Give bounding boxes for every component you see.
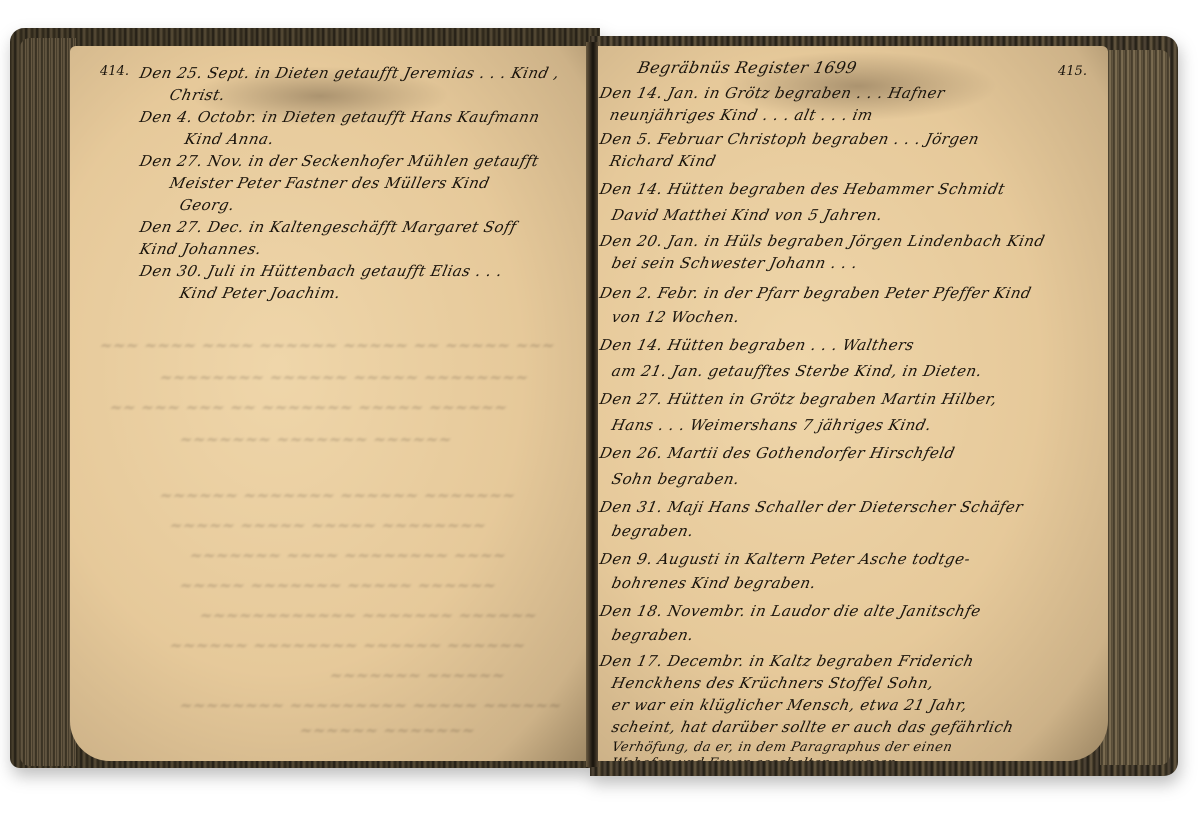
register-entry-line: bei sein Schwester Johann . . . — [610, 254, 859, 272]
register-entry-line: Den 5. Februar Christoph begraben . . . … — [598, 130, 981, 148]
manuscript-line: Kind Anna. — [183, 130, 276, 148]
register-entry-line: Den 26. Martii des Gothendorfer Hirschfe… — [598, 444, 957, 462]
register-entry-line: Wehofen und Feuer geschalten gewesen. — [610, 756, 902, 761]
left-page: 414. Den 25. Sept. in Dieten getaufft Je… — [70, 46, 592, 761]
register-entry-line: Hans . . . Weimershans 7 jähriges Kind. — [610, 416, 933, 434]
page-number-left: 414. — [100, 64, 129, 79]
register-entry-line: er war ein klüglicher Mensch, etwa 21 Ja… — [610, 696, 969, 714]
faded-line: ~~~~~~~ ~~~~~~~ ~~~~~~ — [178, 430, 454, 448]
left-page-edges — [20, 38, 76, 766]
right-page-edges — [1100, 50, 1170, 765]
register-entry-line: neunjähriges Kind . . . alt . . . im — [608, 106, 875, 124]
page-heading: Begräbnüs Register 1699 — [636, 58, 859, 77]
register-entry-line: scheint, hat darüber sollte er auch das … — [610, 718, 1015, 736]
manuscript-line: Kind Peter Joachim. — [178, 284, 342, 302]
register-entry-line: am 21. Jan. getaufftes Sterbe Kind, in D… — [610, 362, 984, 380]
faded-line: ~~~~~~ ~~~~~~~ — [298, 721, 477, 739]
register-entry-line: begraben. — [610, 522, 695, 540]
register-entry-line: Den 27. Hütten in Grötz begraben Martin … — [598, 390, 999, 408]
manuscript-line: Den 27. Dec. in Kaltengeschäfft Margaret… — [138, 218, 518, 236]
manuscript-line: Christ. — [168, 86, 227, 104]
register-entry-line: Den 18. Novembr. in Laudor die alte Jani… — [598, 602, 983, 620]
faded-line: ~~~~~ ~~~~~~~ ~~~~~ ~~~~~~ — [178, 576, 498, 594]
open-book: 414. Den 25. Sept. in Dieten getaufft Je… — [10, 28, 1178, 776]
register-entry-line: David Matthei Kind von 5 Jahren. — [610, 206, 884, 224]
manuscript-line: Meister Peter Fastner des Müllers Kind — [168, 174, 491, 192]
manuscript-line: Den 25. Sept. in Dieten getaufft Jeremia… — [138, 64, 561, 82]
faded-line: ~~~~~ ~~~~~ ~~~~~ ~~~~~~~~ — [168, 516, 488, 534]
faded-line: ~~~~~~ ~~~~~~~ ~~~~~~ ~~~~~~~ — [158, 486, 517, 504]
manuscript-line: Kind Johannes. — [138, 240, 263, 258]
manuscript-line: Den 4. Octobr. in Dieten getaufft Hans K… — [138, 108, 541, 126]
register-entry-line: Richard Kind — [608, 152, 718, 170]
register-entry-line: Sohn begraben. — [610, 470, 741, 488]
right-page: 415. Begräbnüs Register 1699 Den 14. Jan… — [598, 46, 1108, 761]
register-entry-line: begraben. — [610, 626, 695, 644]
register-entry-line: Henckhens des Krüchners Stoffel Sohn, — [610, 674, 936, 692]
faded-line: ~~~~~~~ ~~~~ ~~~~~~~~ ~~~~ — [188, 546, 508, 564]
faded-line: ~~~~~~~ ~~~~~~ — [328, 666, 507, 684]
register-entry-line: Den 14. Hütten begraben des Hebammer Sch… — [598, 180, 1007, 198]
register-entry-line: Den 31. Maji Hans Schaller der Dietersch… — [598, 498, 1025, 516]
register-entry-line: Den 14. Hütten begraben . . . Walthers — [598, 336, 916, 354]
register-entry-line: von 12 Wochen. — [610, 308, 741, 326]
register-entry-line: Den 2. Febr. in der Pfarr begraben Peter… — [598, 284, 1033, 302]
manuscript-line: Den 30. Juli in Hüttenbach getaufft Elia… — [138, 262, 504, 280]
manuscript-line: Georg. — [178, 196, 236, 214]
faded-line: ~~~~~~ ~~~~~~~~ ~~~~~~ ~~~~~~ — [168, 636, 527, 654]
faded-line: ~~~ ~~~~ ~~~~ ~~~~~~ ~~~~~ ~~ ~~~~~ ~~~ — [98, 336, 557, 354]
faded-line: ~~~~~~~~ ~~~~~~ ~~~~~ ~~~~~~~~ — [158, 368, 530, 386]
manuscript-line: Den 27. Nov. in der Seckenhofer Mühlen g… — [138, 152, 541, 170]
faded-line: ~~~~~~~~ ~~~~~~~~~ ~~~~~ ~~~~~~ — [178, 696, 564, 714]
register-entry-line: Den 20. Jan. in Hüls begraben Jörgen Lin… — [598, 232, 1047, 250]
faded-line: ~~ ~~~ ~~~ ~~ ~~~~~~~ ~~~~~ ~~~~~~ — [108, 398, 509, 416]
register-entry-line: Den 17. Decembr. in Kaltz begraben Fride… — [598, 652, 976, 670]
register-entry-line: Verhöfung, da er, in dem Paragraphus der… — [610, 740, 953, 755]
register-entry-line: Den 14. Jan. in Grötz begraben . . . Haf… — [598, 84, 947, 102]
faded-line: ~~~~~~~~~~~~ ~~~~~~~ ~~~~~~ — [198, 606, 539, 624]
register-entry-line: bohrenes Kind begraben. — [610, 574, 818, 592]
register-entry-line: Den 9. Augusti in Kaltern Peter Asche to… — [598, 550, 972, 568]
page-number-right: 415. — [1058, 64, 1087, 79]
